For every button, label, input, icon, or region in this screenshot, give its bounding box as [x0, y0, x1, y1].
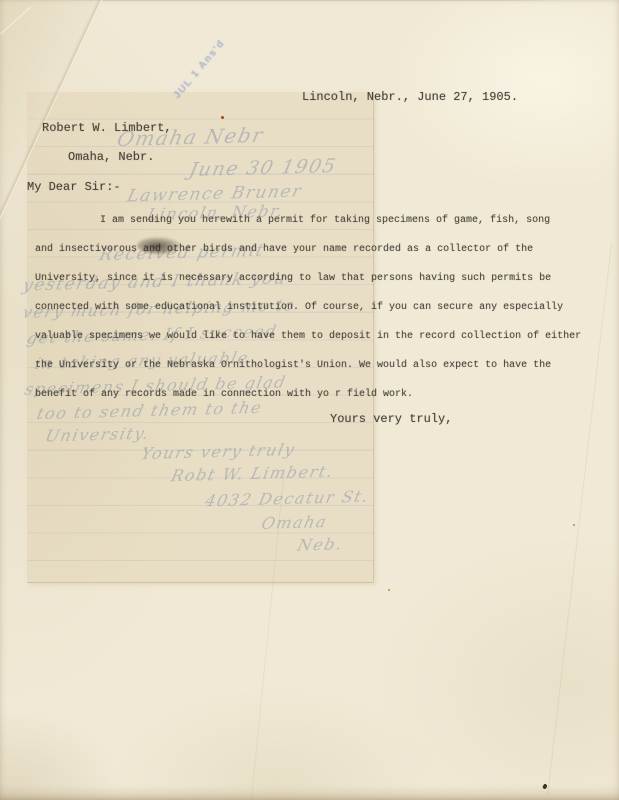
red-ink-speck: [221, 116, 224, 119]
foxing-speck: [388, 589, 390, 591]
received-stamp: JUL 1 Ans'd: [172, 25, 238, 101]
salutation: My Dear Sir:-: [27, 180, 121, 194]
recipient-name: Robert W. Limbert,: [42, 121, 172, 135]
bleedthrough-handwriting-line: University.: [44, 424, 152, 446]
body-line: the University or the Nebraska Ornitholo…: [35, 351, 595, 380]
body-line: I am sending you herewith a permit for t…: [35, 206, 595, 235]
letter-scan: Omaha Nebr June 30 1905 Lawrence Bruner …: [0, 0, 619, 800]
body-line: University, since it is necessary accord…: [35, 264, 595, 293]
body-line: valuable specimens we would like to have…: [35, 322, 595, 351]
dateline: Lincoln, Nebr., June 27, 1905.: [302, 90, 518, 104]
foxing-speck: [573, 524, 575, 526]
bleedthrough-handwriting-line: Neb.: [296, 534, 345, 554]
body-line: connected with some educational institut…: [35, 293, 595, 322]
letter-body: I am sending you herewith a permit for t…: [35, 206, 595, 409]
body-line: benefit of any records made in connectio…: [35, 380, 595, 409]
closing: Yours very truly,: [330, 412, 452, 426]
recipient-city: Omaha, Nebr.: [68, 150, 154, 164]
ink-smudge: [137, 237, 181, 254]
body-line: and insectivorous and other birds and ha…: [35, 235, 595, 264]
bleedthrough-handwriting-line: June 30 1905: [187, 155, 339, 181]
bleedthrough-handwriting-line: Omaha: [260, 512, 330, 533]
